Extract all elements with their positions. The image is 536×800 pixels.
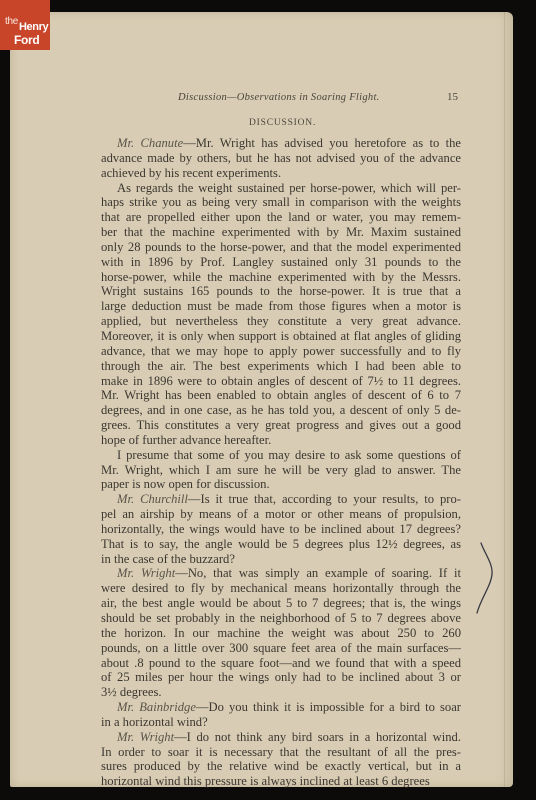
line-text: about .8 pound to the square foot—and we… [101, 656, 461, 670]
text-line: Mr. Wright, which I am sure he will be v… [101, 463, 461, 478]
line-text: hope of further advance hereafter. [101, 433, 271, 447]
logo-henry: Henry [19, 21, 48, 33]
text-line: of 25 miles per hour the wings only had … [101, 670, 461, 685]
line-text: achieved by his recent experiments. [101, 166, 281, 180]
speaker-name: Mr. Wright [117, 730, 174, 744]
text-line: That is to say, the angle would be 5 deg… [101, 537, 461, 552]
text-line: the horizon. In our machine the weight w… [101, 626, 461, 641]
line-text: make in 1896 were to obtain angles of de… [101, 374, 461, 388]
line-text: with in 1896 by Prof. Langley sustained … [101, 255, 461, 269]
text-line: only 28 pounds to the horse-power, and t… [101, 240, 461, 255]
text-line: advance, that we may hope to apply power… [101, 344, 461, 359]
text-line: In order to soar it is necessary that th… [101, 745, 461, 760]
line-text: advance made by others, but he has not a… [101, 151, 461, 165]
text-line: were desired to fly by mechanical means … [101, 581, 461, 596]
line-text: —Do you think it is impossible for a bir… [196, 700, 461, 714]
text-line: I presume that some of you may desire to… [101, 448, 461, 463]
line-text: —Mr. Wright has advised you heretofore a… [183, 136, 461, 150]
line-text: In order to soar it is necessary that th… [101, 745, 461, 759]
text-line: in the case of the buzzard? [101, 552, 461, 567]
line-text: I presume that some of you may desire to… [117, 448, 461, 462]
text-line: sures produced by the relative wind be e… [101, 759, 461, 774]
text-line: Moreover, it is only when support is obt… [101, 329, 461, 344]
line-text: Wright sustains 165 pounds to the horse-… [101, 284, 461, 298]
line-text: advance, that we may hope to apply power… [101, 344, 461, 358]
line-text: Mr. Wright has been enabled to obtain an… [101, 388, 461, 402]
line-text: —Is it true that, according to your resu… [188, 492, 461, 506]
line-text: applied, but nevertheless they constitut… [101, 314, 461, 328]
line-text: the horizon. In our machine the weight w… [101, 626, 461, 640]
line-text: should be set probably in the neighborho… [101, 611, 461, 625]
line-text: That is to say, the angle would be 5 deg… [101, 537, 461, 551]
line-text: large deduction must be made from those … [101, 299, 461, 313]
line-text: ber that the machine experimented with b… [101, 225, 461, 239]
speaker-name: Mr. Churchill [117, 492, 188, 506]
line-text: —No, that was simply an example of soari… [175, 566, 461, 580]
line-text: horizontally, the wings would have to be… [101, 522, 461, 536]
text-line: air, the best angle would be about 5 to … [101, 596, 461, 611]
text-line: horizontal wind this pressure is always … [101, 774, 461, 789]
line-text: horizontal wind this pressure is always … [101, 774, 430, 788]
text-line: pounds, on a little over 300 square feet… [101, 641, 461, 656]
line-text: degrees, and in one case, as he has told… [101, 403, 461, 417]
text-line: pel an airship by means of a motor or ot… [101, 507, 461, 522]
text-line: horizontally, the wings would have to be… [101, 522, 461, 537]
scanned-page: Discussion—Observations in Soaring Fligh… [10, 12, 513, 787]
line-text: As regards the weight sustained per hors… [117, 181, 461, 195]
line-text: —I do not think any bird soars in a hori… [174, 730, 461, 744]
document-viewer: Discussion—Observations in Soaring Fligh… [0, 0, 536, 800]
text-line: Mr. Wright—I do not think any bird soars… [101, 730, 461, 745]
logo-the: the [5, 16, 18, 27]
running-head: Discussion—Observations in Soaring Fligh… [178, 92, 380, 103]
logo-ford: Ford [14, 33, 39, 47]
speaker-name: Mr. Wright [117, 566, 175, 580]
line-text: 3½ degrees. [101, 685, 162, 699]
text-line: should be set probably in the neighborho… [101, 611, 461, 626]
text-line: Mr. Wright—No, that was simply an exampl… [101, 566, 461, 581]
text-line: Mr. Wright has been enabled to obtain an… [101, 388, 461, 403]
text-line: achieved by his recent experiments. [101, 166, 461, 181]
line-text: grees. This constitutes a very great pro… [101, 418, 461, 432]
text-line: that are propelled either upon the land … [101, 210, 461, 225]
text-line: Mr. Churchill—Is it true that, according… [101, 492, 461, 507]
line-text: were desired to fly by mechanical means … [101, 581, 461, 595]
text-line: Wright sustains 165 pounds to the horse-… [101, 284, 461, 299]
text-line: about .8 pound to the square foot—and we… [101, 656, 461, 671]
text-line: make in 1896 were to obtain angles of de… [101, 374, 461, 389]
text-line: advance made by others, but he has not a… [101, 151, 461, 166]
henry-ford-logo[interactable]: the Henry Ford [0, 0, 50, 50]
text-line: hope of further advance hereafter. [101, 433, 461, 448]
line-text: Mr. Wright, which I am sure he will be v… [101, 463, 461, 477]
line-text: in the case of the buzzard? [101, 552, 235, 566]
line-text: pel an airship by means of a motor or ot… [101, 507, 461, 521]
text-line: haps strike you as being very small in c… [101, 195, 461, 210]
line-text: that are propelled either upon the land … [101, 210, 461, 224]
line-text: sures produced by the relative wind be e… [101, 759, 461, 773]
text-line: with in 1896 by Prof. Langley sustained … [101, 255, 461, 270]
page-number: 15 [447, 91, 458, 103]
handwritten-bracket-icon [475, 540, 497, 616]
line-text: through the air. The best experiments wh… [101, 359, 461, 373]
line-text: Moreover, it is only when support is obt… [101, 329, 461, 343]
text-line: Mr. Chanute—Mr. Wright has advised you h… [101, 136, 461, 151]
text-line: large deduction must be made from those … [101, 299, 461, 314]
text-line: Mr. Bainbridge—Do you think it is imposs… [101, 700, 461, 715]
text-line: grees. This constitutes a very great pro… [101, 418, 461, 433]
speaker-name: Mr. Chanute [117, 136, 183, 150]
line-text: haps strike you as being very small in c… [101, 195, 461, 209]
text-line: As regards the weight sustained per hors… [101, 181, 461, 196]
line-text: only 28 pounds to the horse-power, and t… [101, 240, 461, 254]
section-title: DISCUSSION. [249, 118, 316, 128]
speaker-name: Mr. Bainbridge [117, 700, 196, 714]
text-line: through the air. The best experiments wh… [101, 359, 461, 374]
text-line: in a horizontal wind? [101, 715, 461, 730]
line-text: horse-power, while the machine experimen… [101, 270, 461, 284]
body-text: Mr. Chanute—Mr. Wright has advised you h… [101, 136, 461, 789]
text-line: paper is now open for discussion. [101, 477, 461, 492]
line-text: paper is now open for discussion. [101, 477, 270, 491]
text-line: 3½ degrees. [101, 685, 461, 700]
text-line: ber that the machine experimented with b… [101, 225, 461, 240]
line-text: of 25 miles per hour the wings only had … [101, 670, 461, 684]
text-line: applied, but nevertheless they constitut… [101, 314, 461, 329]
text-line: horse-power, while the machine experimen… [101, 270, 461, 285]
text-line: degrees, and in one case, as he has told… [101, 403, 461, 418]
line-text: pounds, on a little over 300 square feet… [101, 641, 461, 655]
line-text: in a horizontal wind? [101, 715, 208, 729]
line-text: air, the best angle would be about 5 to … [101, 596, 461, 610]
